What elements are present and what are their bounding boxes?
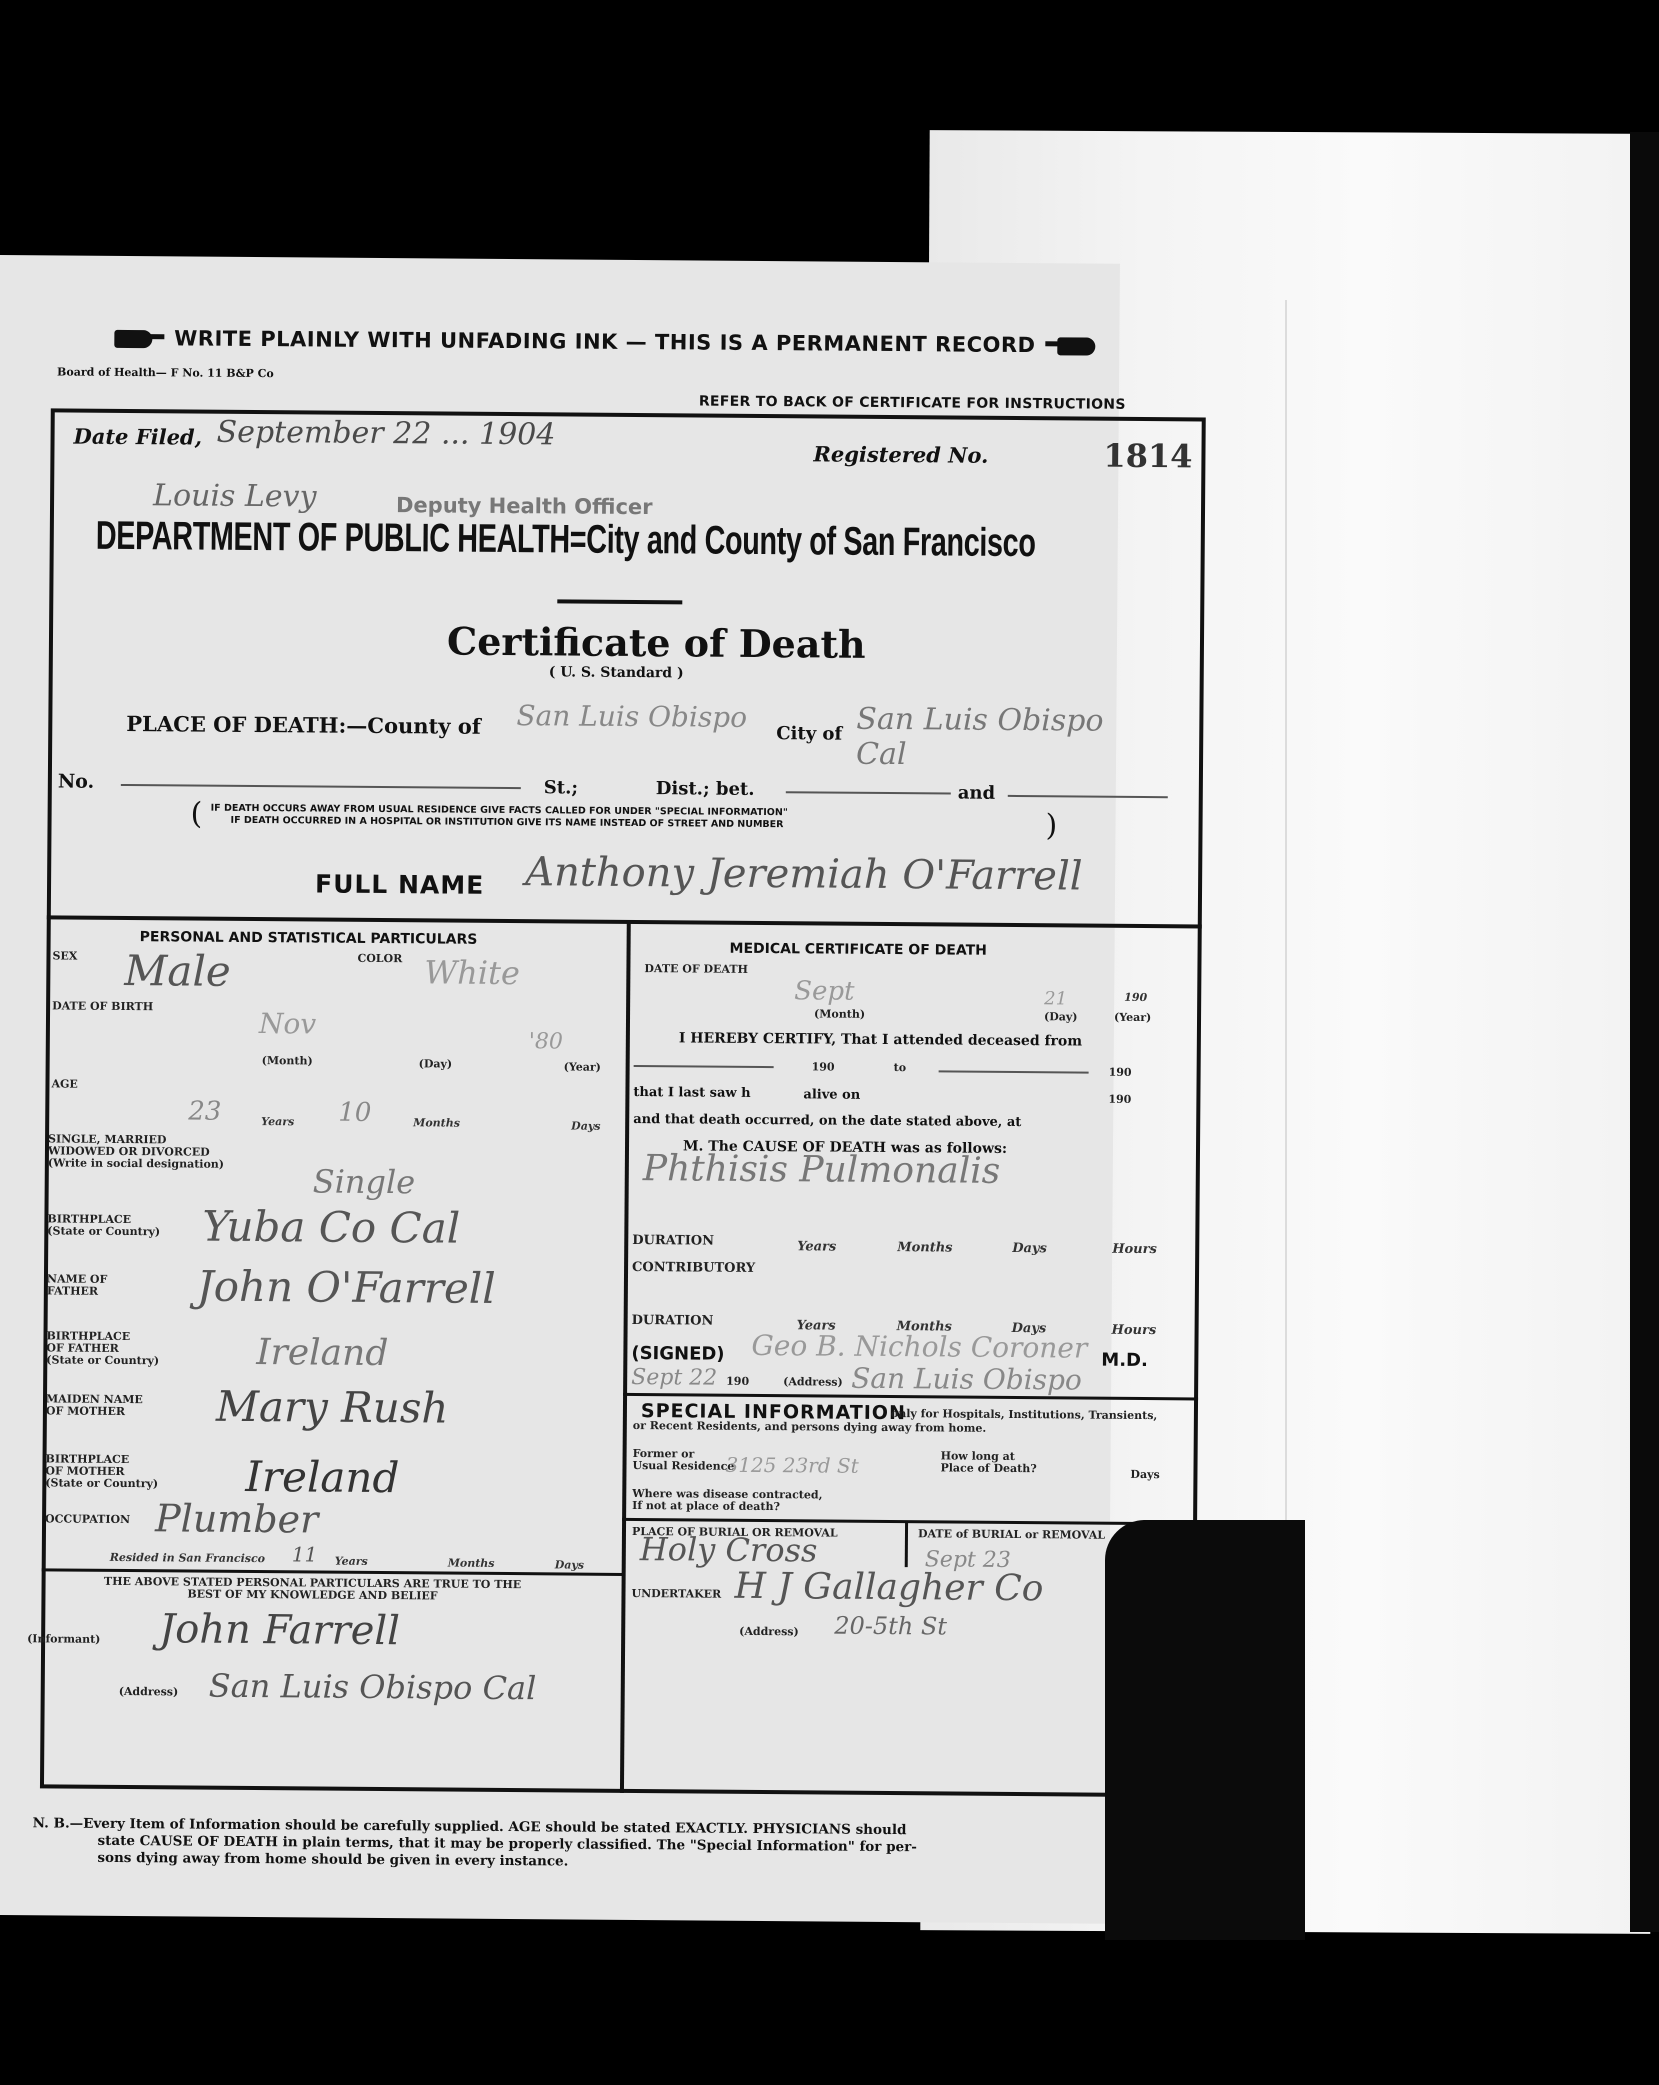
color-label: COLOR [357, 953, 402, 965]
nota-bene-instructions: N. B.—Every Item of Information should b… [32, 1815, 1092, 1874]
md-label: M.D. [1101, 1350, 1148, 1371]
date-of-death-label: DATE OF DEATH [644, 963, 748, 976]
informant-address-label: (Address) [119, 1686, 179, 1698]
how-long-days-label: Days [1130, 1469, 1159, 1481]
marital-status-value: Single [313, 1162, 416, 1201]
father-bp-line3: (State or Country) [46, 1354, 159, 1367]
resided-years-label: Years [335, 1555, 368, 1568]
pointing-hand-icon [1057, 337, 1095, 355]
death-day-value: 21 [1044, 988, 1067, 1009]
city-value: San Luis Obispo Cal [856, 702, 1117, 774]
city-label: City of [776, 723, 842, 745]
informant-value: John Farrell [159, 1606, 400, 1654]
warning-text: WRITE PLAINLY WITH UNFADING INK — THIS I… [174, 326, 1036, 357]
attestation-text: THE ABOVE STATED PERSONAL PARTICULARS AR… [27, 1575, 597, 1603]
occupation-value: Plumber [155, 1496, 319, 1541]
note-paren-close: ) [1045, 808, 1057, 843]
medical-section-heading: MEDICAL CERTIFICATE OF DEATH [730, 941, 987, 959]
dob-year-value: '80 [529, 1029, 563, 1054]
date-filed-value: September 22 ... 1904 [216, 415, 555, 453]
signed-date-value: Sept 22 [631, 1365, 717, 1391]
father-name-label: NAME OF FATHER [47, 1273, 108, 1297]
certify-statement: I HEREBY CERTIFY, That I attended deceas… [679, 1030, 1082, 1049]
death-certificate-form: WRITE PLAINLY WITH UNFADING INK — THIS I… [0, 255, 1120, 1924]
age-years-label: Years [261, 1115, 294, 1128]
full-name-label: FULL NAME [315, 869, 484, 899]
burial-column-divider [905, 1522, 908, 1567]
district-label: Dist.; bet. [656, 778, 755, 800]
from-year-190: 190 [812, 1061, 835, 1073]
age-label: AGE [51, 1078, 77, 1090]
contributory-label: CONTRIBUTORY [632, 1262, 755, 1275]
physician-signature: Geo B. Nichols Coroner [751, 1329, 1087, 1365]
signed-year-190: 190 [726, 1376, 749, 1388]
mother-name-label: MAIDEN NAME OF MOTHER [46, 1393, 143, 1418]
certificate-title: Certificate of Death [447, 619, 866, 667]
sex-label: SEX [52, 950, 77, 962]
birthplace-value: Yuba Co Cal [202, 1202, 460, 1253]
mother-bp-line3: (State or Country) [45, 1477, 158, 1490]
registered-no-label: Registered No. [813, 441, 988, 467]
physician-address-label: (Address) [783, 1376, 843, 1388]
resided-months-label: Months [448, 1557, 495, 1570]
last-saw-label: that I last saw h [633, 1085, 750, 1101]
father-label-line2: FATHER [47, 1285, 107, 1297]
age-years-value: 23 [188, 1097, 221, 1127]
color-value: White [424, 953, 520, 992]
how-long-label: How long at Place of Death? [940, 1450, 1036, 1475]
mother-birthplace-value: Ireland [245, 1452, 399, 1502]
registered-no-value: 1814 [1103, 437, 1192, 476]
and-label: and [958, 783, 996, 804]
full-name-value: Anthony Jeremiah O'Farrell [525, 849, 1083, 899]
permanent-record-warning: WRITE PLAINLY WITH UNFADING INK — THIS I… [114, 326, 1114, 358]
alive-on-label: alive on [803, 1087, 860, 1102]
undertaker-address-label: (Address) [739, 1626, 799, 1638]
to-year-190: 190 [1109, 1067, 1132, 1079]
street-no-label: No. [58, 770, 94, 792]
occupation-label: OCCUPATION [45, 1513, 130, 1526]
burial-place-value: Holy Cross [640, 1530, 818, 1569]
date-filed-label: Date Filed, [73, 424, 202, 450]
father-name-value: John O'Farrell [197, 1262, 496, 1313]
how-long-line2: Place of Death? [940, 1462, 1036, 1475]
contracted-line2: If not at place of death? [632, 1500, 822, 1513]
binder-clip-shadow [1105, 1520, 1305, 1940]
dob-year-label: (Year) [564, 1061, 601, 1073]
dob-month-value: Nov [259, 1007, 316, 1040]
dob-month-label: (Month) [262, 1055, 313, 1067]
street-label: St.; [544, 777, 578, 798]
death-year-value: 190 [1124, 991, 1147, 1004]
marital-label-line3: (Write in social designation) [48, 1157, 224, 1170]
to-label: to [894, 1062, 907, 1074]
informant-label: (Informant) [27, 1633, 100, 1646]
birthplace-label: BIRTHPLACE (State or Country) [47, 1213, 160, 1238]
father-birthplace-value: Ireland [256, 1332, 388, 1374]
note-paren-open: ( [190, 797, 202, 832]
death-month-value: Sept [794, 976, 855, 1006]
certificate-standard: ( U. S. Standard ) [549, 664, 684, 681]
contributory-duration-label: DURATION [632, 1315, 714, 1328]
department-title: DEPARTMENT OF PUBLIC HEALTH=City and Cou… [96, 514, 1036, 566]
personal-section-heading: PERSONAL AND STATISTICAL PARTICULARS [140, 929, 478, 948]
mother-birthplace-label: BIRTHPLACE OF MOTHER (State or Country) [45, 1453, 158, 1490]
place-of-death-label: PLACE OF DEATH:—County of [126, 711, 481, 739]
physician-address-value: San Luis Obispo [851, 1362, 1082, 1397]
undertaker-value: H J Gallagher Co [734, 1566, 1043, 1609]
date-of-birth-label: DATE OF BIRTH [52, 1000, 153, 1013]
mother-name-value: Mary Rush [216, 1382, 449, 1433]
former-label-line2: Usual Residence [632, 1460, 734, 1473]
age-days-label: Days [571, 1120, 600, 1133]
undertaker-label: UNDERTAKER [631, 1588, 721, 1601]
duration-months: Months [897, 1240, 952, 1255]
death-day-label: (Day) [1044, 1011, 1078, 1023]
sex-value: Male [124, 946, 231, 996]
resided-days-label: Days [555, 1558, 584, 1571]
special-info-note-1: only for Hospitals, Institutions, Transi… [891, 1408, 1157, 1422]
death-occurred-label: and that death occurred, on the date sta… [633, 1112, 1021, 1130]
burial-date-label: DATE of BURIAL or REMOVAL [918, 1528, 1105, 1541]
birthplace-label-line2: (State or Country) [47, 1225, 160, 1238]
disease-contracted-label: Where was disease contracted, If not at … [632, 1488, 822, 1513]
officer-signature: Louis Levy [153, 478, 317, 514]
pointing-hand-icon [114, 330, 152, 348]
county-value: San Luis Obispo [516, 699, 747, 734]
mother-label-line2: OF MOTHER [46, 1405, 143, 1418]
marital-status-label: SINGLE, MARRIED WIDOWED OR DIVORCED (Wri… [48, 1133, 224, 1170]
duration-label: DURATION [632, 1235, 714, 1248]
resided-years-value: 11 [292, 1542, 318, 1566]
scan-edge [1630, 132, 1659, 1932]
cause-of-death-value: Phthisis Pulmonalis [643, 1148, 1001, 1192]
signed-label: (SIGNED) [631, 1343, 724, 1365]
resided-label: Resided in San Francisco [110, 1551, 265, 1565]
death-year-label: (Year) [1114, 1012, 1151, 1024]
age-months-value: 10 [338, 1098, 371, 1128]
former-residence-label: Former or Usual Residence [632, 1448, 734, 1473]
deputy-health-officer-stamp: Deputy Health Officer [396, 493, 653, 519]
duration-years: Years [797, 1239, 836, 1254]
refer-instructions: REFER TO BACK OF CERTIFICATE FOR INSTRUC… [699, 393, 1126, 412]
contributory-hours: Hours [1112, 1323, 1157, 1338]
undertaker-address-value: 20-5th St [834, 1612, 947, 1641]
informant-address-value: San Luis Obispo Cal [209, 1667, 537, 1708]
father-birthplace-label: BIRTHPLACE OF FATHER (State or Country) [46, 1330, 159, 1367]
dob-day-label: (Day) [419, 1058, 453, 1070]
board-of-health-form-no: Board of Health— F No. 11 B&P Co [57, 365, 274, 380]
death-month-label: (Month) [814, 1008, 865, 1020]
age-months-label: Months [413, 1116, 460, 1129]
former-residence-value: 3125 23rd St [725, 1453, 858, 1478]
duration-hours: Hours [1112, 1242, 1157, 1257]
duration-days: Days [1012, 1241, 1047, 1256]
alive-year-190: 190 [1108, 1094, 1131, 1106]
